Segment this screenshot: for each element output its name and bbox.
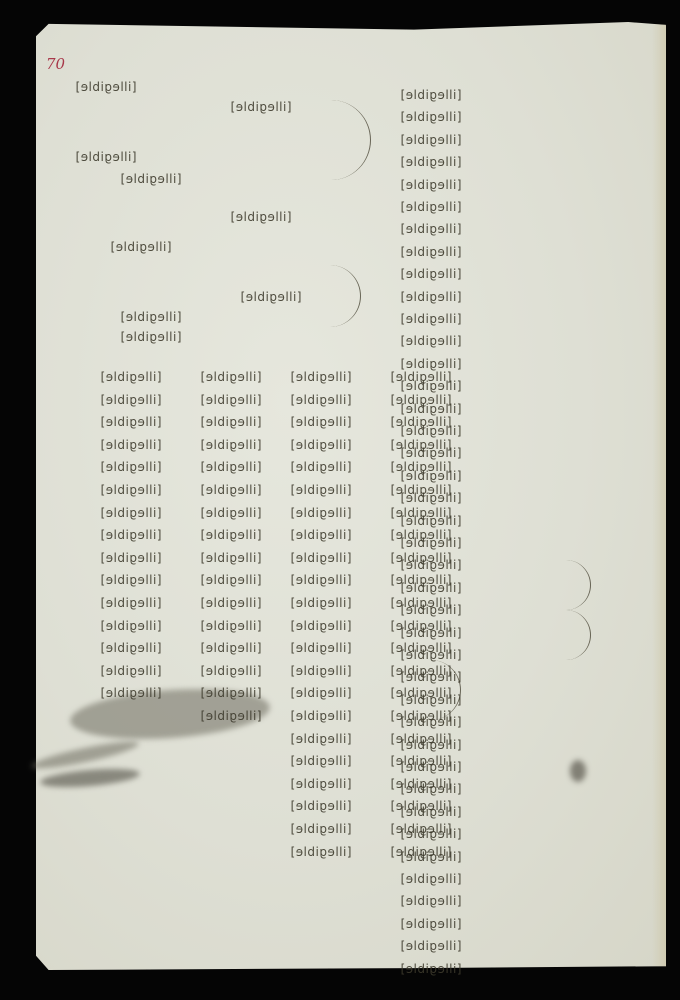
manuscript-line-right: [illegible] bbox=[400, 222, 560, 236]
manuscript-line-middle-a: [illegible] bbox=[390, 799, 480, 813]
manuscript-line-middle-c: [illegible] bbox=[200, 506, 290, 520]
manuscript-line-middle-a: [illegible] bbox=[390, 777, 480, 791]
manuscript-line-middle-a: [illegible] bbox=[390, 370, 480, 384]
manuscript-line-right: [illegible] bbox=[400, 88, 560, 102]
manuscript-line-middle-c: [illegible] bbox=[200, 709, 290, 723]
manuscript-line-left: [illegible] bbox=[100, 370, 180, 384]
manuscript-line-top-left: [illegible] bbox=[240, 290, 360, 304]
manuscript-line-middle-c: [illegible] bbox=[200, 460, 290, 474]
manuscript-line-right: [illegible] bbox=[400, 110, 560, 124]
manuscript-line-middle-b: [illegible] bbox=[290, 799, 380, 813]
manuscript-line-middle-a: [illegible] bbox=[390, 822, 480, 836]
manuscript-line-top-left: [illegible] bbox=[110, 240, 370, 254]
manuscript-line-middle-b: [illegible] bbox=[290, 573, 380, 587]
manuscript-line-middle-c: [illegible] bbox=[200, 686, 290, 700]
manuscript-line-middle-b: [illegible] bbox=[290, 415, 380, 429]
manuscript-line-middle-b: [illegible] bbox=[290, 777, 380, 791]
manuscript-line-middle-a: [illegible] bbox=[390, 619, 480, 633]
manuscript-line-middle-c: [illegible] bbox=[200, 596, 290, 610]
manuscript-line-left: [illegible] bbox=[100, 551, 180, 565]
manuscript-line-left: [illegible] bbox=[100, 415, 180, 429]
manuscript-line-right: [illegible] bbox=[400, 917, 560, 931]
manuscript-line-top-left: [illegible] bbox=[230, 100, 350, 114]
manuscript-line-right: [illegible] bbox=[400, 962, 560, 976]
manuscript-line-left: [illegible] bbox=[100, 483, 180, 497]
manuscript-line-top-left: [illegible] bbox=[230, 210, 350, 224]
manuscript-line-left: [illegible] bbox=[100, 460, 180, 474]
manuscript-line-right: [illegible] bbox=[400, 334, 560, 348]
manuscript-line-middle-a: [illegible] bbox=[390, 732, 480, 746]
manuscript-line-middle-a: [illegible] bbox=[390, 596, 480, 610]
manuscript-line-middle-a: [illegible] bbox=[390, 438, 480, 452]
manuscript-line-right: [illegible] bbox=[400, 245, 560, 259]
manuscript-line-middle-c: [illegible] bbox=[200, 551, 290, 565]
manuscript-line-middle-b: [illegible] bbox=[290, 732, 380, 746]
manuscript-line-right: [illegible] bbox=[400, 939, 560, 953]
manuscript-line-middle-a: [illegible] bbox=[390, 551, 480, 565]
manuscript-line-left: [illegible] bbox=[100, 393, 180, 407]
ink-spot bbox=[570, 760, 586, 782]
manuscript-line-middle-b: [illegible] bbox=[290, 370, 380, 384]
manuscript-line-left: [illegible] bbox=[100, 641, 180, 655]
manuscript-line-middle-b: [illegible] bbox=[290, 460, 380, 474]
manuscript-line-middle-a: [illegible] bbox=[390, 573, 480, 587]
manuscript-line-middle-a: [illegible] bbox=[390, 686, 480, 700]
manuscript-line-middle-b: [illegible] bbox=[290, 641, 380, 655]
manuscript-line-left: [illegible] bbox=[100, 619, 180, 633]
manuscript-line-middle-b: [illegible] bbox=[290, 483, 380, 497]
manuscript-line-right: [illegible] bbox=[400, 357, 560, 371]
manuscript-line-left: [illegible] bbox=[100, 528, 180, 542]
folio-number: 70 bbox=[46, 55, 65, 73]
manuscript-line-right: [illegible] bbox=[400, 200, 560, 214]
manuscript-line-middle-c: [illegible] bbox=[200, 483, 290, 497]
manuscript-line-top-left: [illegible] bbox=[75, 80, 365, 94]
manuscript-line-middle-b: [illegible] bbox=[290, 686, 380, 700]
manuscript-line-middle-b: [illegible] bbox=[290, 664, 380, 678]
manuscript-line-left: [illegible] bbox=[100, 686, 180, 700]
manuscript-line-left: [illegible] bbox=[100, 596, 180, 610]
manuscript-line-middle-a: [illegible] bbox=[390, 506, 480, 520]
manuscript-line-top-left: [illegible] bbox=[75, 150, 365, 164]
manuscript-line-right: [illegible] bbox=[400, 133, 560, 147]
manuscript-line-middle-a: [illegible] bbox=[390, 709, 480, 723]
manuscript-line-middle-c: [illegible] bbox=[200, 415, 290, 429]
manuscript-line-top-left: [illegible] bbox=[120, 172, 340, 186]
manuscript-line-middle-a: [illegible] bbox=[390, 415, 480, 429]
manuscript-line-middle-b: [illegible] bbox=[290, 528, 380, 542]
manuscript-line-left: [illegible] bbox=[100, 506, 180, 520]
page-edge bbox=[652, 22, 666, 970]
manuscript-line-middle-b: [illegible] bbox=[290, 754, 380, 768]
manuscript-line-right: [illegible] bbox=[400, 155, 560, 169]
manuscript-line-middle-b: [illegible] bbox=[290, 393, 380, 407]
manuscript-line-middle-c: [illegible] bbox=[200, 438, 290, 452]
manuscript-line-middle-a: [illegible] bbox=[390, 664, 480, 678]
manuscript-line-middle-c: [illegible] bbox=[200, 664, 290, 678]
manuscript-line-right: [illegible] bbox=[400, 894, 560, 908]
manuscript-line-middle-b: [illegible] bbox=[290, 845, 380, 859]
manuscript-line-middle-c: [illegible] bbox=[200, 573, 290, 587]
manuscript-line-middle-a: [illegible] bbox=[390, 641, 480, 655]
manuscript-line-right: [illegible] bbox=[400, 267, 560, 281]
manuscript-line-left: [illegible] bbox=[100, 573, 180, 587]
manuscript-line-middle-b: [illegible] bbox=[290, 619, 380, 633]
manuscript-line-middle-a: [illegible] bbox=[390, 754, 480, 768]
manuscript-line-middle-a: [illegible] bbox=[390, 528, 480, 542]
manuscript-line-middle-c: [illegible] bbox=[200, 619, 290, 633]
manuscript-line-middle-a: [illegible] bbox=[390, 460, 480, 474]
manuscript-line-middle-c: [illegible] bbox=[200, 641, 290, 655]
manuscript-line-middle-b: [illegible] bbox=[290, 822, 380, 836]
manuscript-line-right: [illegible] bbox=[400, 872, 560, 886]
manuscript-line-right: [illegible] bbox=[400, 312, 560, 326]
manuscript-line-middle-a: [illegible] bbox=[390, 845, 480, 859]
manuscript-line-right: [illegible] bbox=[400, 290, 560, 304]
manuscript-line-middle-b: [illegible] bbox=[290, 596, 380, 610]
manuscript-line-top-left: [illegible] bbox=[120, 330, 360, 344]
manuscript-line-left: [illegible] bbox=[100, 438, 180, 452]
manuscript-line-middle-b: [illegible] bbox=[290, 709, 380, 723]
manuscript-line-middle-c: [illegible] bbox=[200, 393, 290, 407]
manuscript-line-top-left: [illegible] bbox=[120, 310, 360, 324]
manuscript-line-middle-b: [illegible] bbox=[290, 438, 380, 452]
manuscript-line-middle-c: [illegible] bbox=[200, 370, 290, 384]
manuscript-line-middle-c: [illegible] bbox=[200, 528, 290, 542]
manuscript-line-middle-a: [illegible] bbox=[390, 483, 480, 497]
manuscript-line-right: [illegible] bbox=[400, 178, 560, 192]
manuscript-line-middle-b: [illegible] bbox=[290, 506, 380, 520]
manuscript-line-left: [illegible] bbox=[100, 664, 180, 678]
manuscript-line-middle-a: [illegible] bbox=[390, 393, 480, 407]
manuscript-line-middle-b: [illegible] bbox=[290, 551, 380, 565]
